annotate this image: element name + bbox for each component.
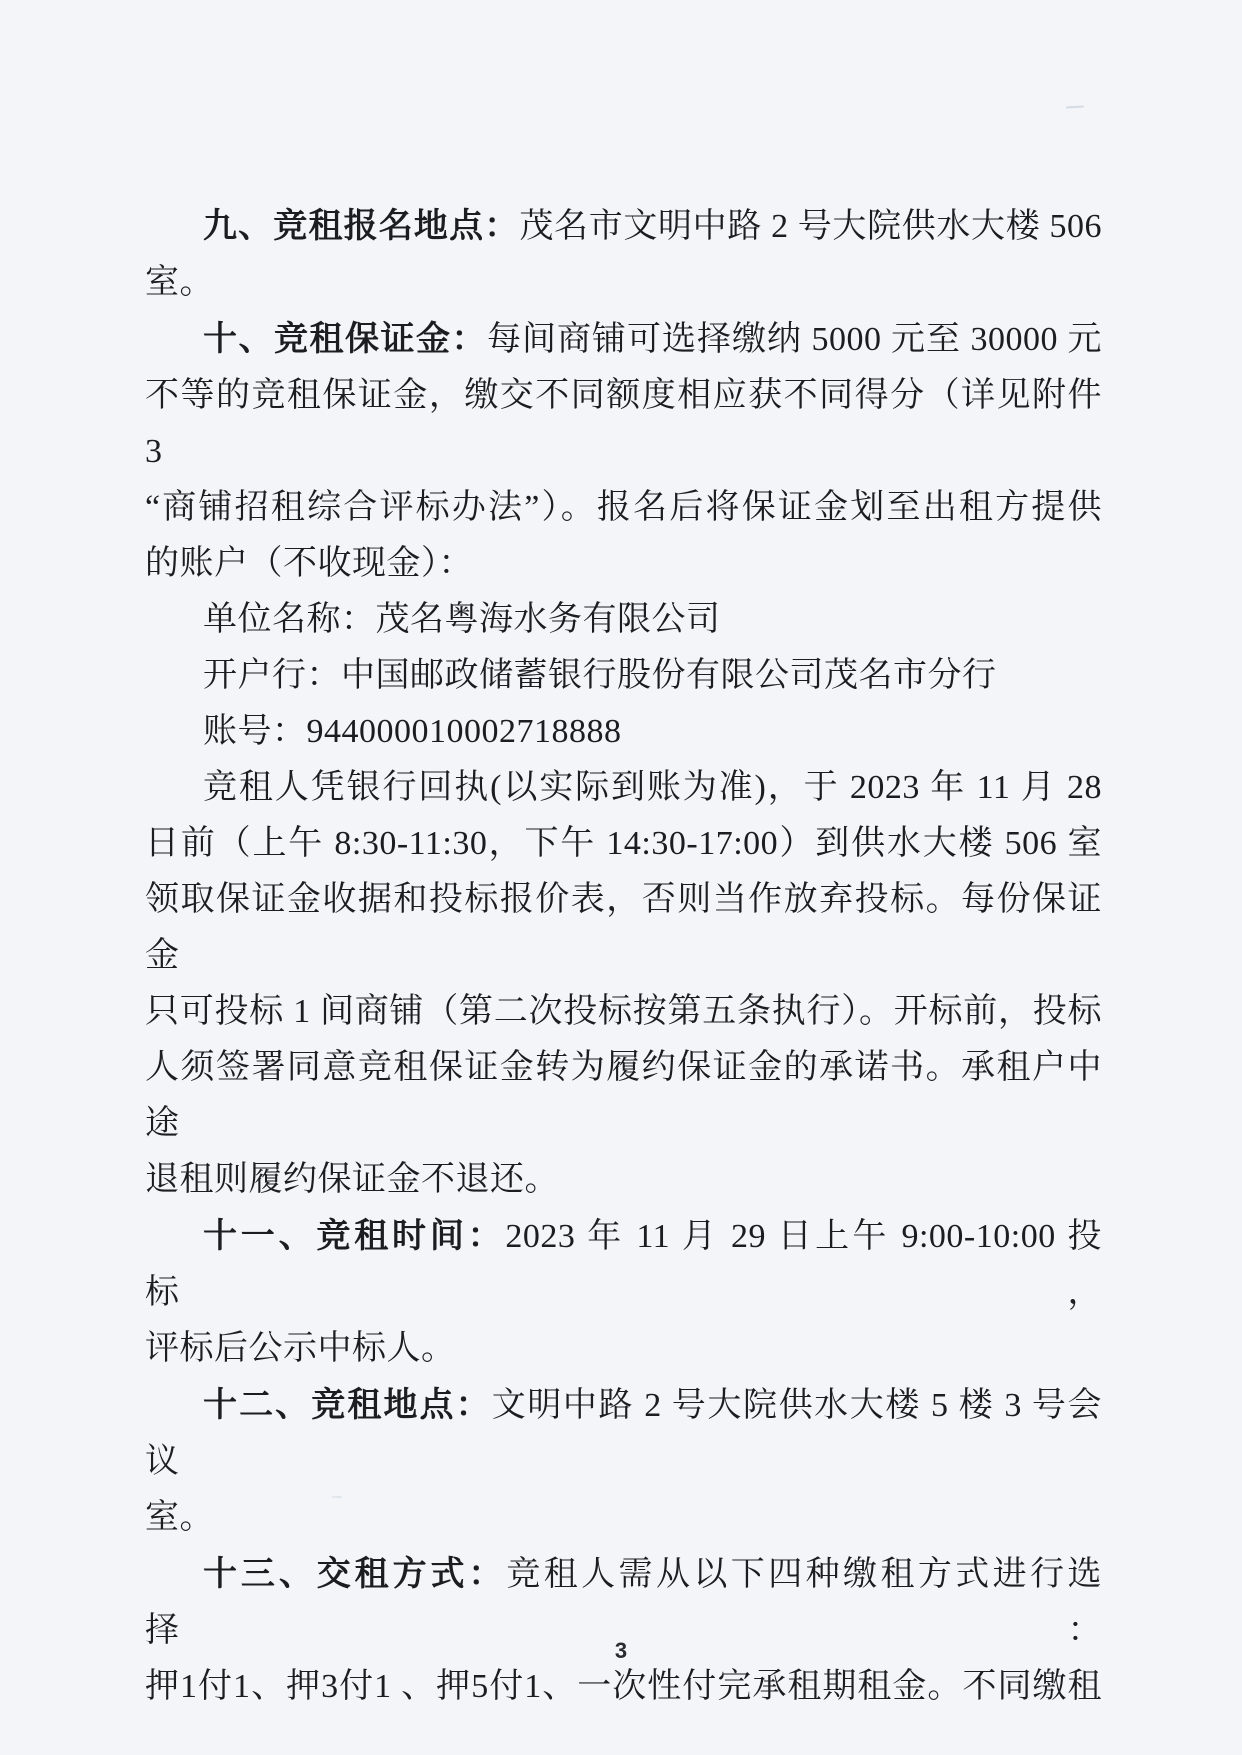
text-line: 只可投标 1 间商铺（第二次投标按第五条执行）。开标前，投标 — [145, 984, 1102, 1040]
section-heading: 十三、交租方式： — [203, 1555, 506, 1593]
text-line: 十、竞租保证金：每间商铺可选择缴纳 5000 元至 30000 元 — [145, 311, 1102, 368]
text-line: 押1付1、押3付1 、押5付1、一次性付完承租期租金。不同缴租 — [145, 1659, 1102, 1715]
line-text: 账号：944000010002718888 — [203, 713, 622, 750]
line-text: 竞租人凭银行回执(以实际到账为准)，于 2023 年 11 月 28 — [203, 769, 1102, 806]
line-text: 室。 — [145, 1499, 214, 1536]
text-line: “商铺招租综合评标办法”）。报名后将保证金划至出租方提供 — [145, 480, 1102, 536]
line-text: 单位名称：茂名粤海水务有限公司 — [203, 601, 721, 638]
line-text: 室。 — [145, 264, 214, 301]
line-text: 领取保证金收据和投标报价表，否则当作放弃投标。每份保证金 — [145, 881, 1102, 974]
line-text: 退租则履约保证金不退还。 — [145, 1161, 559, 1198]
text-line: 的账户（不收现金）： — [145, 536, 1102, 592]
section-heading: 九、竞租报名地点： — [203, 207, 519, 245]
text-line: 室。 — [145, 255, 1102, 311]
line-text: 开户行：中国邮政储蓄银行股份有限公司茂名市分行 — [203, 657, 997, 694]
text-line: 评标后公示中标人。 — [145, 1321, 1102, 1377]
text-line: 不等的竞租保证金，缴交不同额度相应获不同得分（详见附件 3 — [145, 368, 1102, 480]
scanned-document-page: 九、竞租报名地点：茂名市文明中路 2 号大院供水大楼 506 室。 十、竞租保证… — [0, 0, 1242, 1755]
section-heading: 十一、竞租时间： — [203, 1217, 505, 1255]
line-text: 每间商铺可选择缴纳 5000 元至 30000 元 — [487, 321, 1102, 358]
text-line: 十二、竞租地点：文明中路 2 号大院供水大楼 5 楼 3 号会议 — [145, 1377, 1102, 1490]
line-text: 押1付1、押3付1 、押5付1、一次性付完承租期租金。不同缴租 — [145, 1668, 1102, 1705]
line-text: 人须签署同意竞租保证金转为履约保证金的承诺书。承租户中途 — [145, 1049, 1102, 1142]
scan-speck — [1066, 105, 1084, 108]
line-text: 茂名市文明中路 2 号大院供水大楼 506 — [519, 208, 1102, 245]
section-heading: 十、竞租保证金： — [203, 320, 487, 358]
line-text: 只可投标 1 间商铺（第二次投标按第五条执行）。开标前，投标 — [145, 993, 1102, 1030]
page-number: 3 — [615, 1638, 627, 1663]
document-body: 九、竞租报名地点：茂名市文明中路 2 号大院供水大楼 506 室。 十、竞租保证… — [145, 198, 1102, 1715]
text-line: 领取保证金收据和投标报价表，否则当作放弃投标。每份保证金 — [145, 872, 1102, 984]
text-line: 日前（上午 8:30-11:30，下午 14:30-17:00）到供水大楼 50… — [145, 816, 1102, 872]
text-line: 室。 — [145, 1490, 1102, 1546]
text-line: 竞租人凭银行回执(以实际到账为准)，于 2023 年 11 月 28 — [145, 760, 1102, 816]
text-line: 单位名称：茂名粤海水务有限公司 — [145, 592, 1102, 648]
text-line: 账号：944000010002718888 — [145, 704, 1102, 760]
text-line: 开户行：中国邮政储蓄银行股份有限公司茂名市分行 — [145, 648, 1102, 704]
line-text: 评标后公示中标人。 — [145, 1330, 456, 1367]
text-line: 人须签署同意竞租保证金转为履约保证金的承诺书。承租户中途 — [145, 1040, 1102, 1152]
line-text: 不等的竞租保证金，缴交不同额度相应获不同得分（详见附件 3 — [145, 377, 1102, 470]
text-line: 九、竞租报名地点：茂名市文明中路 2 号大院供水大楼 506 — [145, 198, 1102, 255]
page-footer: 3 — [0, 1638, 1242, 1664]
line-text: 日前（上午 8:30-11:30，下午 14:30-17:00）到供水大楼 50… — [145, 825, 1102, 862]
text-line: 十一、竞租时间：2023 年 11 月 29 日上午 9:00-10:00 投标… — [145, 1208, 1102, 1321]
line-text: “商铺招租综合评标办法”）。报名后将保证金划至出租方提供 — [145, 489, 1102, 526]
text-line: 退租则履约保证金不退还。 — [145, 1152, 1102, 1208]
section-heading: 十二、竞租地点： — [203, 1386, 492, 1424]
line-text: 的账户（不收现金）： — [145, 545, 473, 582]
